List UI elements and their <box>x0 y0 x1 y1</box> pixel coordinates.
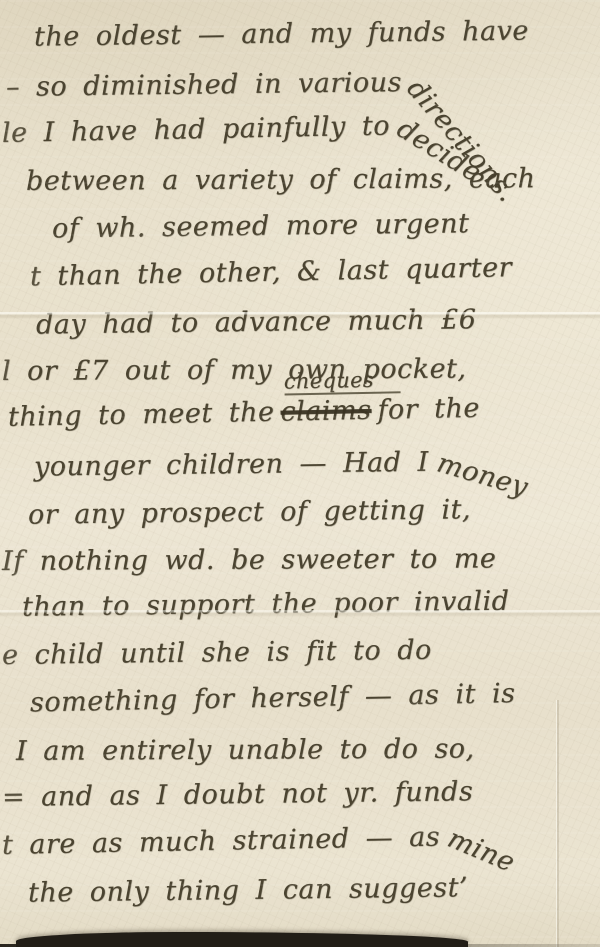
line-text: I have had painfully to <box>43 111 390 149</box>
line-text: than to support the poor invalid <box>22 586 510 623</box>
inserted-word: cheques <box>284 367 400 395</box>
left-edge-fragment: le <box>2 117 28 148</box>
handwriting-line: something for herself — as it is <box>0 676 600 719</box>
line-text: nothing wd. be sweeter to me <box>40 543 497 576</box>
line-text: and as I doubt not yr. funds <box>41 776 473 812</box>
line-text: thing to meet the <box>8 397 275 433</box>
line-text: than the other, & last quarter <box>57 252 512 292</box>
line-text: I am entirely unable to do so, <box>16 734 475 767</box>
handwriting-line: than to support the poor invalid <box>0 585 600 623</box>
left-edge-fragment: If <box>2 546 24 577</box>
handwriting-line: Ifnothing wd. be sweeter to me <box>0 543 600 577</box>
left-edge-fragment: e <box>2 640 19 671</box>
handwriting-line: between a variety of claims, each <box>0 163 600 197</box>
vertical-crease <box>556 700 559 947</box>
line-text: the only thing I can suggest’ <box>28 872 468 908</box>
handwriting-line: tare as much strained — asmine <box>0 818 600 861</box>
line-text: something for herself — as it is <box>30 678 516 718</box>
left-edge-fragment: l <box>2 356 11 387</box>
left-edge-fragment: t <box>2 830 14 861</box>
inline-correction: chequesclaims <box>280 395 372 428</box>
line-text: between a variety of claims, each <box>26 163 536 197</box>
line-text: for the <box>377 393 480 426</box>
struck-out-word: claims <box>280 395 372 428</box>
line-text: are as much strained — as <box>29 822 440 861</box>
handwriting: the oldest — and my funds have –so dimin… <box>0 0 600 947</box>
handwriting-line: I am entirely unable to do so, <box>0 733 600 767</box>
left-edge-fragment: t <box>30 261 42 292</box>
handwriting-line: or any prospect of getting it, <box>0 493 600 531</box>
handwriting-line: the only thing I can suggest’ <box>0 871 600 909</box>
fold-crease <box>0 610 600 617</box>
letter-photograph: the oldest — and my funds have –so dimin… <box>0 0 600 947</box>
handwriting-line-with-correction: thing to meet thechequesclaimsfor the <box>0 390 600 433</box>
handwriting-line: the oldest — and my funds have <box>0 15 600 53</box>
line-text: day had to advance much £6 <box>36 304 477 340</box>
line-text: the oldest — and my funds have <box>34 16 529 53</box>
fold-crease <box>0 312 600 319</box>
handwriting-line: younger children — Had Imoney <box>0 445 600 483</box>
handwriting-line: =and as I doubt not yr. funds <box>0 775 600 813</box>
line-text: or any prospect of getting it, <box>28 494 471 530</box>
line-text: younger children — Had I <box>34 447 429 483</box>
left-edge-fragment: = <box>2 782 26 813</box>
line-text: so diminished in various <box>36 67 402 102</box>
line-text: child until she is fit to do <box>34 635 432 671</box>
line-text: or £7 out of my own pocket, <box>27 354 466 387</box>
handwriting-line: echild until she is fit to do <box>0 633 600 671</box>
line-text: of wh. seemed more urgent <box>52 208 470 244</box>
handwriting-line: of wh. seemed more urgent <box>0 207 600 245</box>
handwriting-line: leI have had painfully todecide <box>0 106 600 149</box>
left-edge-fragment: – <box>6 72 20 103</box>
handwriting-line: –so diminished in variousdirections. <box>0 65 600 103</box>
handwriting-line: tthan the other, & last quarter <box>0 250 600 293</box>
handwriting-line: day had to advance much £6 <box>0 303 600 341</box>
edge-word: mine <box>443 823 519 879</box>
